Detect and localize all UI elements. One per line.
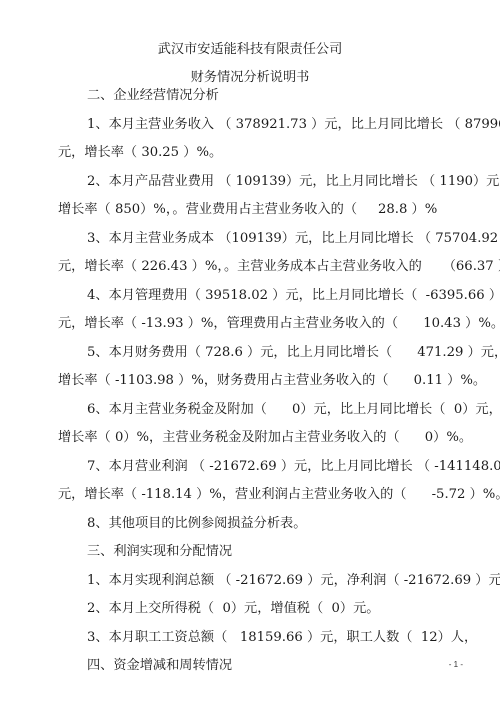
text-line: 8、其他项目的比例参阅损益分析表。 — [87, 515, 306, 533]
text-line: 1、本月主营业务收入 （ 378921.73 ）元，比上月同比增长 （ 8799… — [87, 116, 500, 134]
text-line: 3、本月职工工资总额（ 18159.66 ）元，职工人数（ 12）人， — [87, 629, 477, 647]
text-line: 元，增长率（ 30.25 ）%。 — [58, 144, 222, 162]
text-line: 元，增长率（ -118.14 ）%，营业利润占主营业务收入的（ -5.72 ）%… — [58, 486, 500, 504]
text-line: 增长率（ 850）%，。营业费用占主营业务收入的（ 28.8 ）% — [58, 201, 437, 219]
text-line: 3、本月主营业务成本 （109139）元，比上月同比增长 （ 75704.92 … — [87, 230, 500, 248]
text-line: 元，增长率（ -13.93 ）%，管理费用占主营业务收入的（ 10.43 ）%。 — [58, 315, 500, 333]
page-number: - 1 - — [449, 660, 463, 669]
text-line: 7、本月营业利润 （ -21672.69 ）元，比上月同比增长 （ -14114… — [87, 458, 500, 476]
text-line: 四、资金增减和周转情况 — [87, 657, 232, 675]
text-line: 增长率（ 0）%，主营业务税金及附加占主营业务收入的（ 0）%。 — [58, 429, 472, 447]
text-line: 元，增长率（ 226.43 ）%，。主营业务成本占主营业务收入的 （66.37 … — [58, 258, 500, 276]
text-line: 三、利润实现和分配情况 — [87, 543, 232, 561]
document-title: 财务情况分析说明书 — [0, 69, 500, 87]
text-line: 6、本月主营业务税金及附加（ 0）元，比上月同比增长（ 0）元， — [87, 401, 500, 419]
text-line: 5、本月财务费用（ 728.6 ）元，比上月同比增长（ 471.29 ）元， — [87, 344, 500, 362]
company-name: 武汉市安适能科技有限责任公司 — [0, 41, 500, 59]
text-line: 4、本月管理费用（ 39518.02 ）元，比上月同比增长（ -6395.66 … — [87, 287, 500, 305]
text-line: 二、企业经营情况分析 — [87, 87, 219, 105]
text-line: 1、本月实现利润总额 （ -21672.69 ）元，净利润（ -21672.69… — [87, 572, 500, 590]
text-line: 2、本月产品营业费用 （ 109139）元，比上月同比增长 （ 1190）元， — [87, 173, 500, 191]
text-line: 增长率（ -1103.98 ）%，财务费用占主营业务收入的（ 0.11 ）%。 — [58, 372, 486, 390]
text-line: 2、本月上交所得税（ 0）元，增值税（ 0）元。 — [87, 600, 380, 618]
